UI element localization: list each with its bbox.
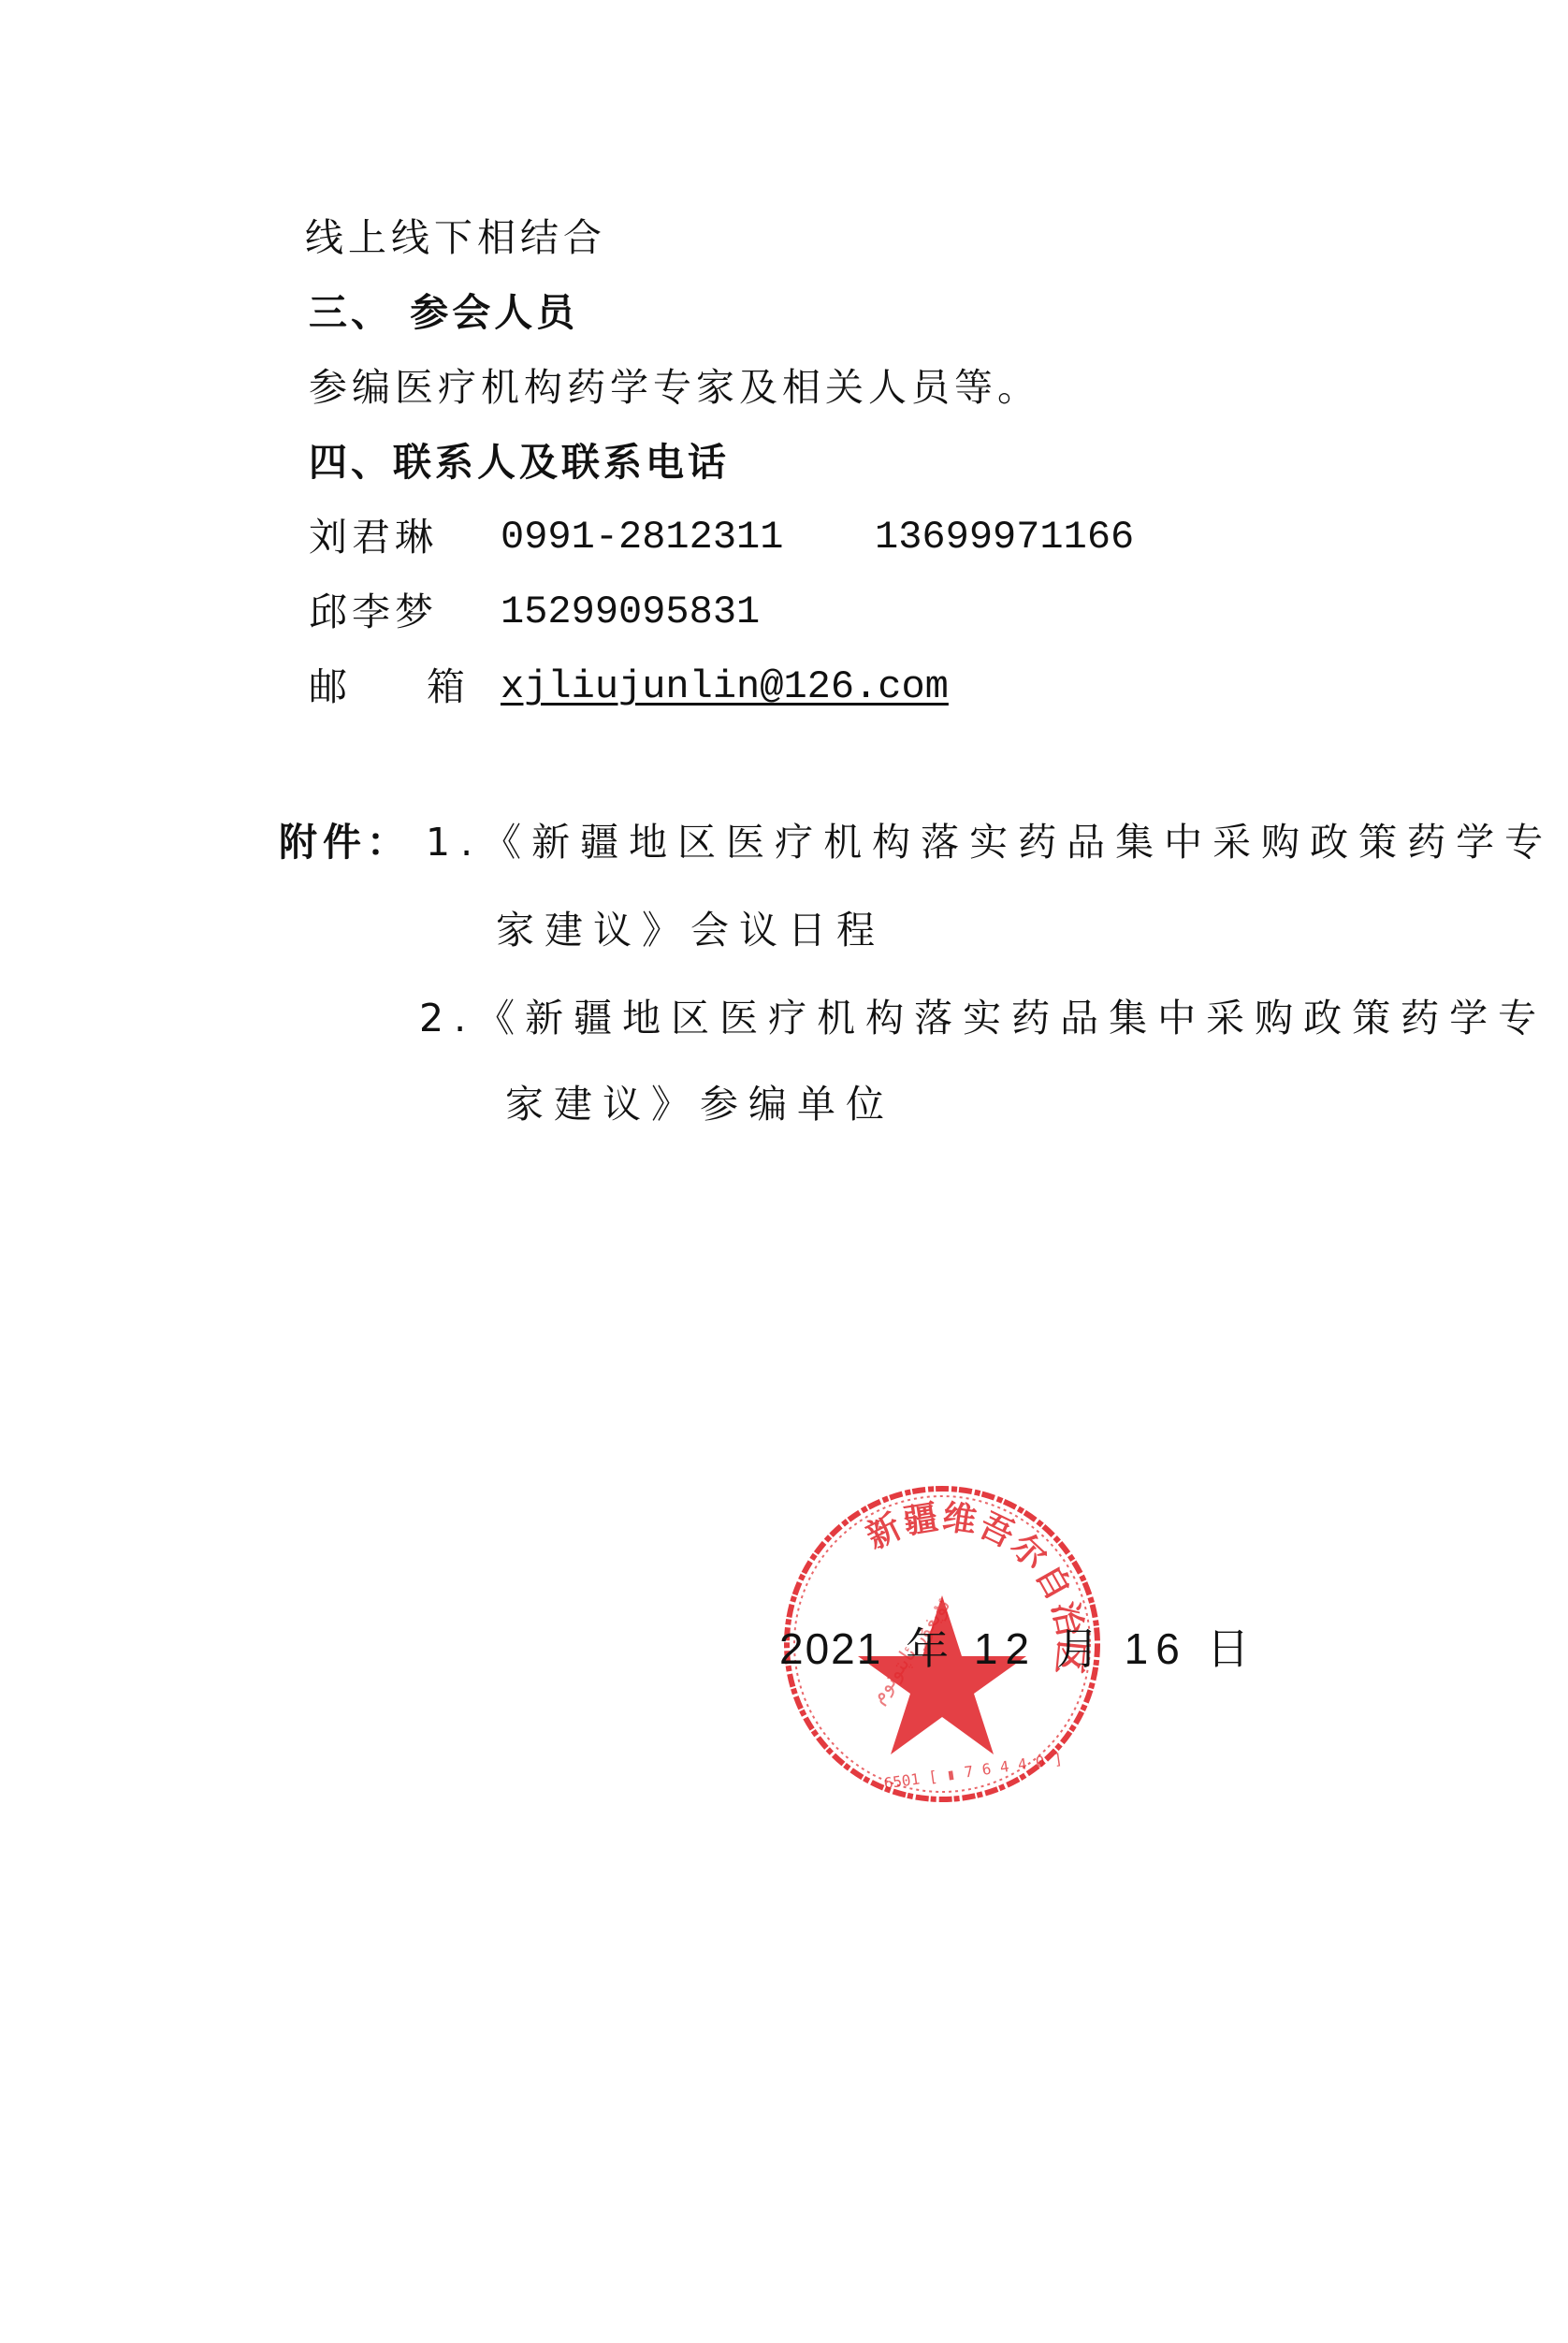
section-3-heading: 三、 参会人员 — [309, 290, 578, 335]
date-year-unit: 年 — [906, 1624, 951, 1673]
attachment-item-2-line-2: 家建议》参编单位 — [505, 1082, 894, 1127]
svg-text:6501 [ ▮ 7 6 4 4 0 ]: 6501 [ ▮ 7 6 4 4 0 ] — [883, 1750, 1064, 1793]
attachment-item-1-line-2: 家建议》会议日程 — [496, 908, 885, 953]
contact-name: 邱李梦 — [309, 589, 438, 634]
attachment-item-1-line-1: 1.《新疆地区医疗机构落实药品集中采购政策药学专 — [426, 820, 1553, 865]
email-label: 邮 箱 — [309, 664, 486, 709]
date-month-unit: 月 — [1056, 1624, 1101, 1673]
document-page: 线上线下相结合 三、 参会人员 参编医疗机构药学专家及相关人员等。 四、联系人及… — [0, 0, 1568, 2343]
attachment-item-2-line-1: 2.《新疆地区医疗机构落实药品集中采购政策药学专 — [419, 996, 1546, 1041]
date-year: 2021 — [779, 1624, 882, 1673]
date-month: 12 — [974, 1624, 1037, 1673]
continuation-text: 线上线下相结合 — [305, 215, 606, 260]
date-day-unit: 日 — [1207, 1624, 1252, 1673]
contact-phone-office: 0991-2812311 — [501, 515, 783, 560]
document-date: 2021 年 12 月 16 日 — [779, 1624, 1252, 1673]
attachments-label: 附件： — [279, 820, 411, 865]
section-3-body: 参编医疗机构药学专家及相关人员等。 — [309, 365, 1040, 410]
section-4-heading: 四、联系人及联系电话 — [309, 440, 730, 485]
contact-phone-mobile: 13699971166 — [875, 515, 1134, 560]
date-day: 16 — [1125, 1624, 1187, 1673]
contact-name: 刘君琳 — [309, 515, 438, 560]
contact-phone-mobile: 15299095831 — [501, 589, 760, 634]
email-link[interactable]: xjliujunlin@126.com — [501, 664, 949, 709]
